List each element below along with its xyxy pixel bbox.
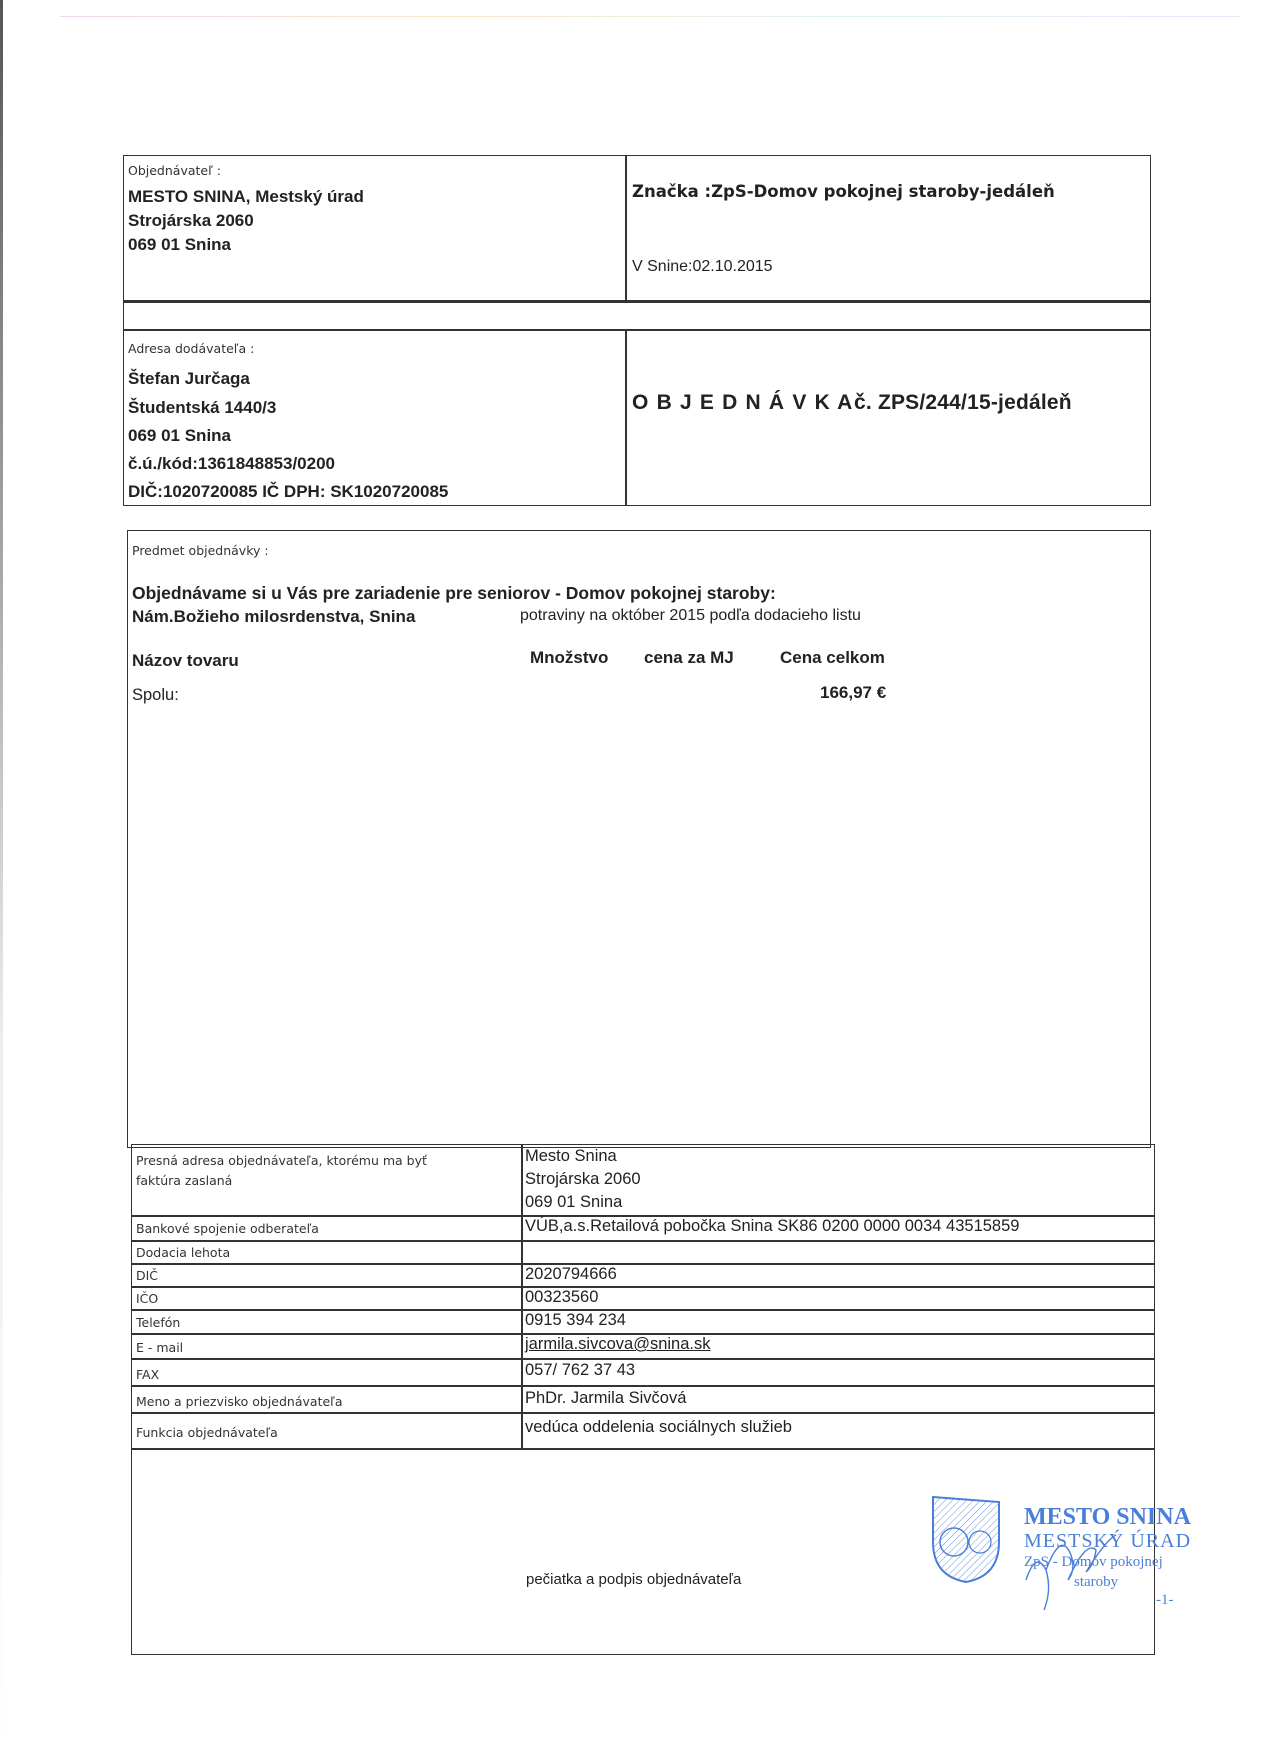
supplier-account: č.ú./kód:1361848853/0200 bbox=[128, 454, 335, 474]
invoice-address-label-2: faktúra zaslaná bbox=[136, 1173, 232, 1188]
row-value-fax: 057/ 762 37 43 bbox=[525, 1361, 635, 1380]
subject-line1: Objednávame si u Vás pre zariadenie pre … bbox=[132, 583, 776, 604]
scan-artifact-line bbox=[60, 16, 1240, 17]
subject-description: potraviny na október 2015 podľa dodacieh… bbox=[520, 607, 861, 625]
header-divider bbox=[625, 156, 627, 302]
order-title: O B J E D N Á V K A bbox=[632, 391, 853, 415]
orderer-city: 069 01 Snina bbox=[128, 235, 231, 255]
supplier-divider bbox=[625, 330, 627, 505]
column-total: Cena celkom bbox=[780, 648, 885, 668]
column-quantity: Množstvo bbox=[530, 648, 608, 668]
orderer-street: Strojárska 2060 bbox=[128, 211, 254, 231]
details-table: Presná adresa objednávateľa, ktorému ma … bbox=[131, 1144, 1155, 1450]
stamp-number: -1- bbox=[1156, 1592, 1174, 1609]
table-row: Telefón 0915 394 234 bbox=[132, 1310, 1154, 1333]
supplier-box: Adresa dodávateľa : Štefan Jurčaga Štude… bbox=[123, 329, 1151, 506]
supplier-city: 069 01 Snina bbox=[128, 426, 231, 446]
orderer-label: Objednávateľ : bbox=[128, 163, 221, 178]
column-unit-price: cena za MJ bbox=[644, 648, 734, 668]
supplier-name: Štefan Jurčaga bbox=[128, 369, 250, 389]
reference-mark: Značka :ZpS-Domov pokojnej staroby-jedál… bbox=[632, 182, 1055, 201]
invoice-address-line-2: Strojárska 2060 bbox=[525, 1170, 641, 1189]
row-label-fax: FAX bbox=[136, 1367, 159, 1382]
invoice-address-row: Presná adresa objednávateľa, ktorému ma … bbox=[132, 1145, 1154, 1215]
table-row: Meno a priezvisko objednávateľa PhDr. Ja… bbox=[132, 1386, 1154, 1412]
table-row: Dodacia lehota bbox=[132, 1241, 1154, 1263]
orderer-name: MESTO SNINA, Mestský úrad bbox=[128, 187, 364, 207]
table-row: Funkcia objednávateľa vedúca oddelenia s… bbox=[132, 1413, 1154, 1449]
table-row: DIČ 2020794666 bbox=[132, 1264, 1154, 1286]
subject-box: Predmet objednávky : Objednávame si u Vá… bbox=[127, 530, 1151, 1148]
supplier-tax-ids: DIČ:1020720085 IČ DPH: SK1020720085 bbox=[128, 482, 448, 502]
row-label-delivery: Dodacia lehota bbox=[136, 1245, 230, 1260]
column-item: Názov tovaru bbox=[132, 651, 239, 671]
coat-of-arms-icon bbox=[930, 1494, 1002, 1584]
supplier-street: Študentská 1440/3 bbox=[128, 398, 276, 418]
invoice-address-line-1: Mesto Snina bbox=[525, 1147, 617, 1166]
supplier-label: Adresa dodávateľa : bbox=[128, 341, 254, 356]
official-stamp: MESTO SNINA MESTSKÝ ÚRAD ZpS - Domov pok… bbox=[928, 1490, 1208, 1620]
subject-label: Predmet objednávky : bbox=[132, 543, 269, 558]
row-label-email: E - mail bbox=[136, 1340, 183, 1355]
row-label-function: Funkcia objednávateľa bbox=[136, 1425, 278, 1440]
subject-address: Nám.Božieho milosrdenstva, Snina bbox=[132, 607, 415, 627]
row-label-name: Meno a priezvisko objednávateľa bbox=[136, 1394, 343, 1409]
row-value-name: PhDr. Jarmila Sivčová bbox=[525, 1389, 686, 1408]
table-row: E - mail jarmila.sivcova@snina.sk bbox=[132, 1334, 1154, 1358]
row-value-phone: 0915 394 234 bbox=[525, 1311, 626, 1330]
reference-date: V Snine:02.10.2015 bbox=[632, 258, 773, 276]
handwritten-signature-icon bbox=[1016, 1510, 1126, 1620]
header-box: Objednávateľ : MESTO SNINA, Mestský úrad… bbox=[123, 155, 1151, 303]
row-label-ico: IČO bbox=[136, 1291, 158, 1306]
sum-label: Spolu: bbox=[132, 686, 179, 705]
table-row: FAX 057/ 762 37 43 bbox=[132, 1359, 1154, 1385]
spacer-band bbox=[123, 301, 1151, 331]
row-value-bank: VÚB,a.s.Retailová pobočka Snina SK86 020… bbox=[525, 1217, 1019, 1236]
email-link[interactable]: jarmila.sivcova@snina.sk bbox=[525, 1335, 710, 1354]
table-row: IČO 00323560 bbox=[132, 1287, 1154, 1309]
row-value-ico: 00323560 bbox=[525, 1288, 598, 1307]
row-label-bank: Bankové spojenie odberateľa bbox=[136, 1221, 319, 1236]
row-label-dic: DIČ bbox=[136, 1268, 158, 1283]
row-value-dic: 2020794666 bbox=[525, 1265, 617, 1284]
sum-value: 166,97 € bbox=[820, 683, 886, 703]
scan-edge bbox=[0, 0, 3, 1752]
table-row: Bankové spojenie odberateľa VÚB,a.s.Reta… bbox=[132, 1216, 1154, 1240]
signature-label: pečiatka a podpis objednávateľa bbox=[526, 1571, 741, 1588]
invoice-address-label-1: Presná adresa objednávateľa, ktorému ma … bbox=[136, 1153, 427, 1168]
invoice-address-line-3: 069 01 Snina bbox=[525, 1193, 622, 1212]
row-value-function: vedúca oddelenia sociálnych služieb bbox=[525, 1418, 792, 1437]
row-label-phone: Telefón bbox=[136, 1315, 180, 1330]
order-number: č. ZPS/244/15-jedáleň bbox=[854, 391, 1072, 415]
